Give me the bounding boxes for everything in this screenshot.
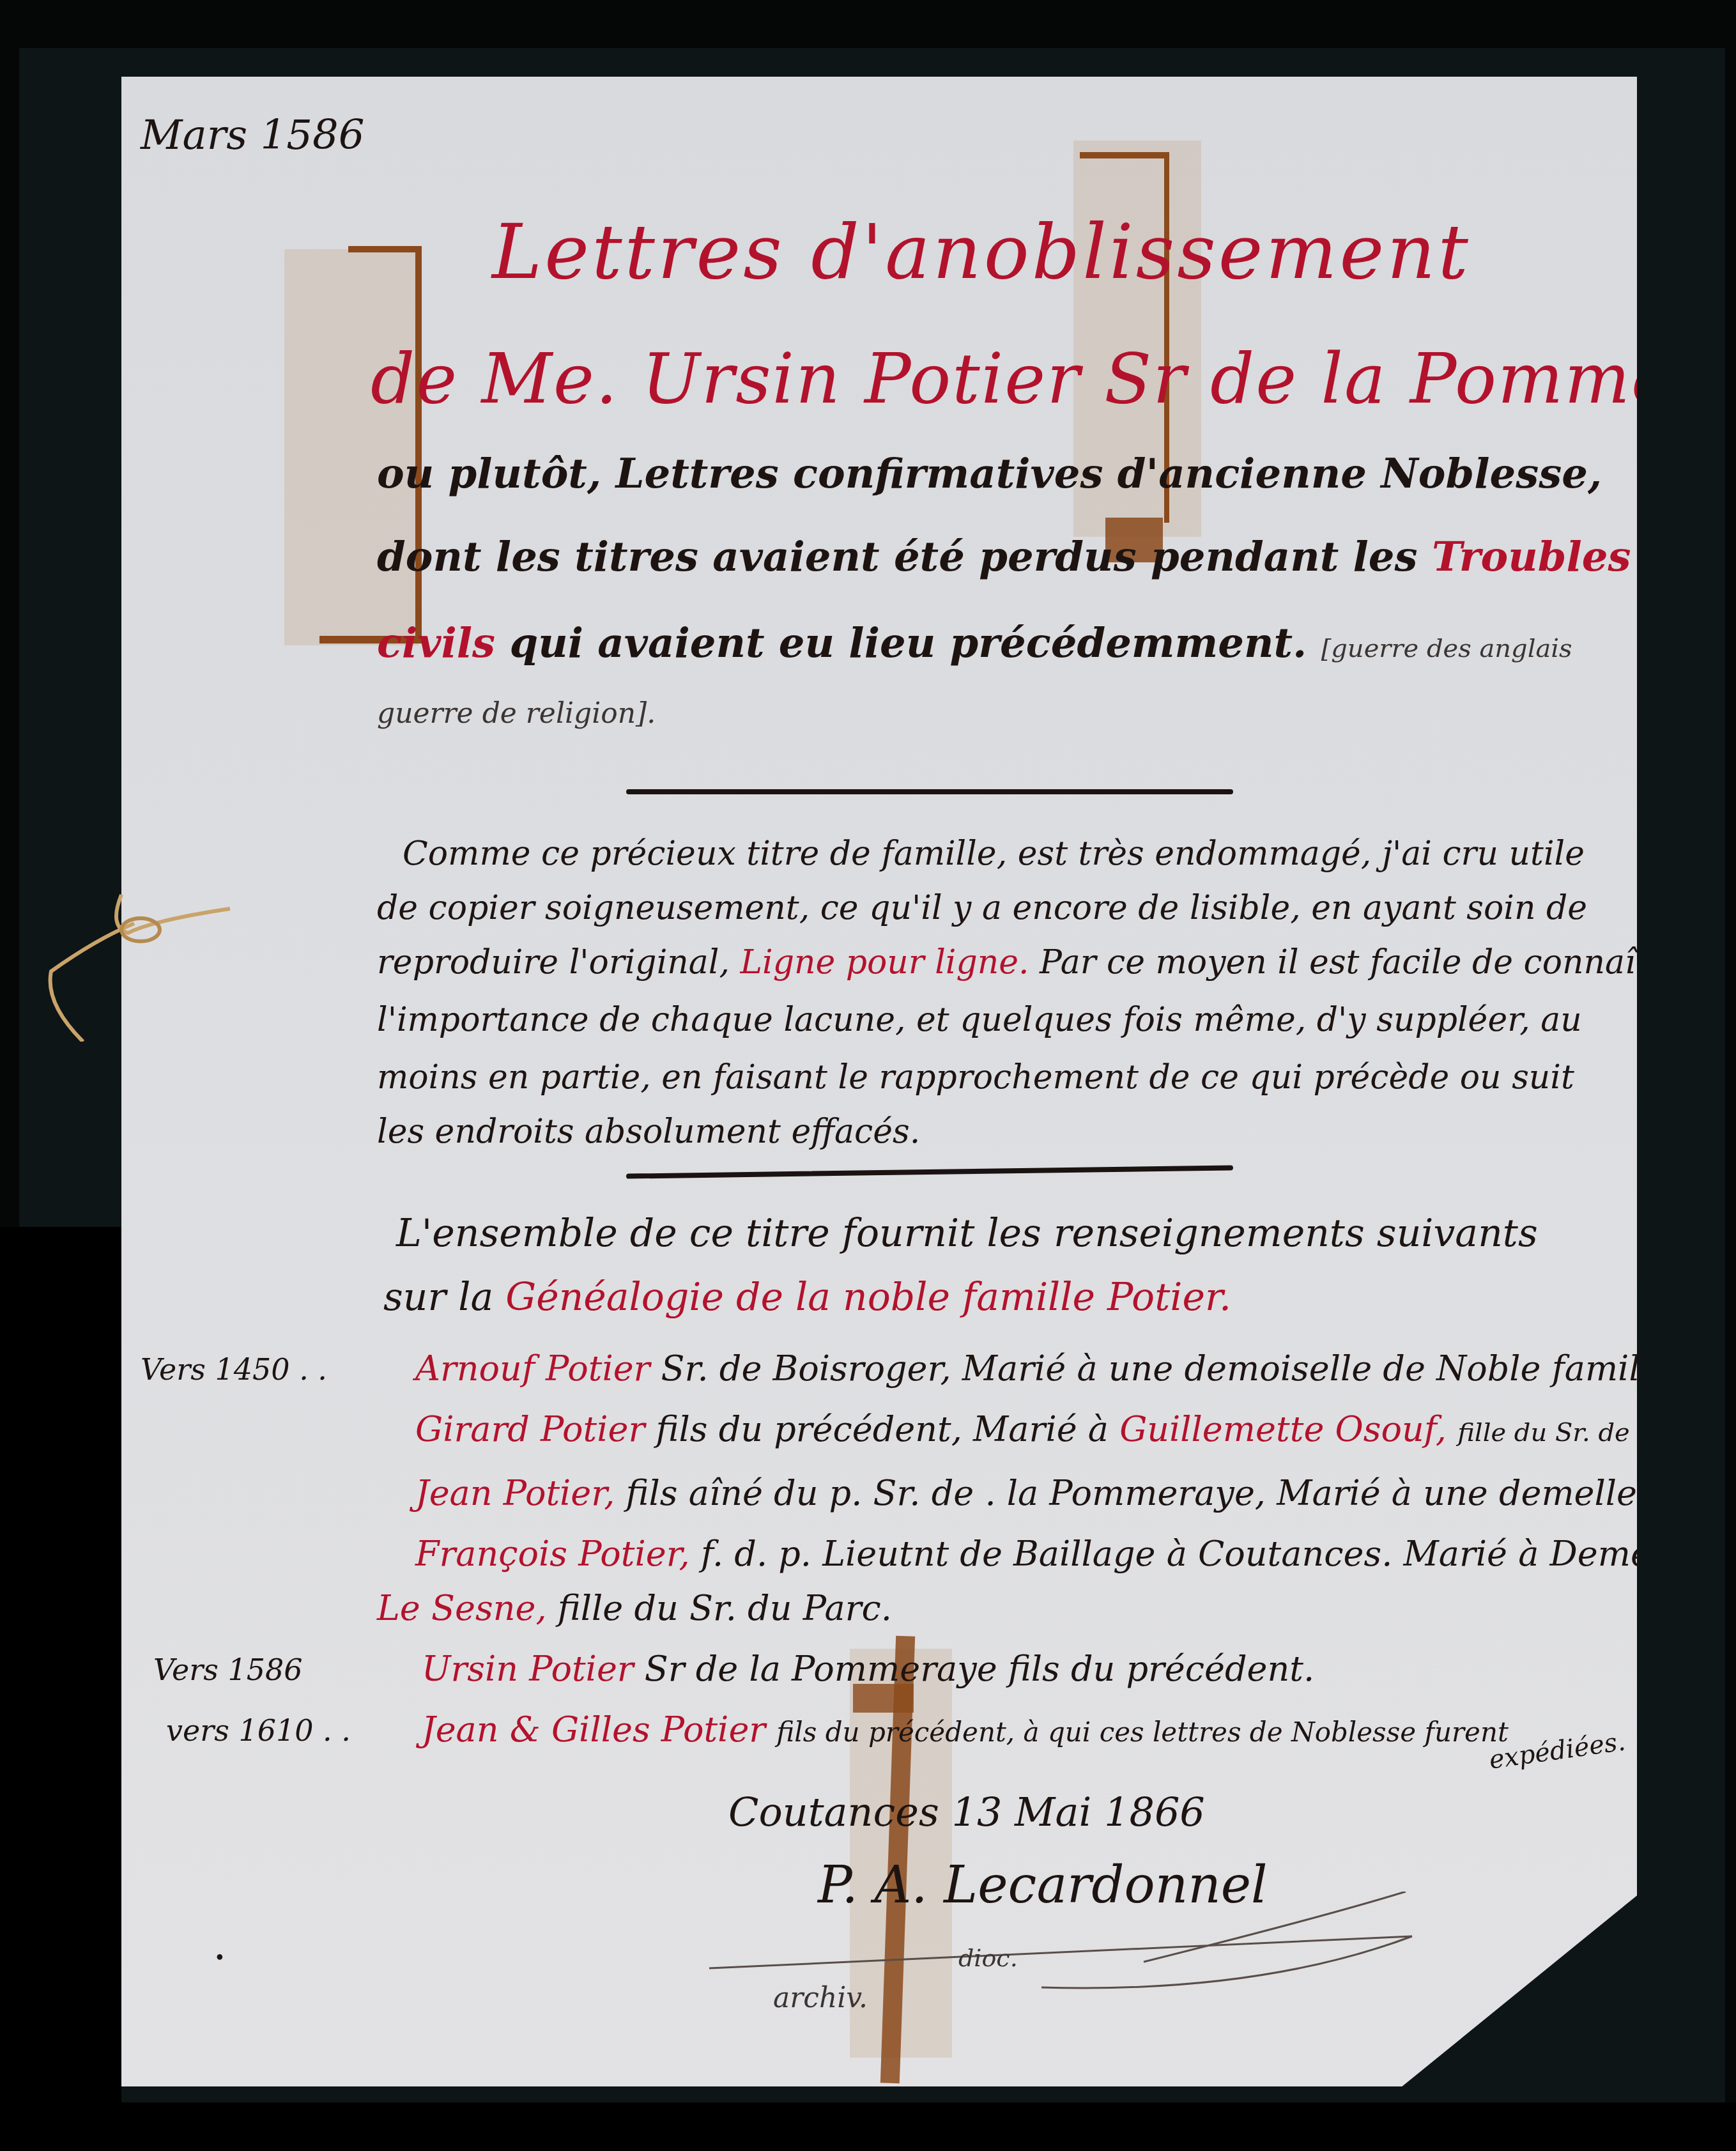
entry-date-1450: Vers 1450 . . (141, 1355, 327, 1384)
paragraph-line-3-tail: Par ce moyen il est facile de connaître (1040, 943, 1684, 982)
backdrop-left-shadow (0, 1227, 121, 2151)
subtitle-line-3-text: qui avaient eu lieu précédemment. (509, 619, 1307, 667)
entry-jean-gilles: Jean & Gilles Potier fils du précédent, … (422, 1713, 1509, 1747)
entry-ursin-name: Ursin Potier (422, 1649, 634, 1689)
entry-girard-name: Girard Potier (415, 1409, 645, 1449)
genealogy-intro-line-2: sur la Généalogie de la noble famille Po… (383, 1278, 1231, 1316)
note-guerre-religion: guerre de religion]. (377, 700, 656, 728)
title-line-1: Lettres d'anoblissement (492, 214, 1471, 289)
entry-ursin: Ursin Potier Sr de la Pommeraye fils du … (422, 1652, 1314, 1686)
paragraph-line-3-start: reproduire l'original, (377, 943, 730, 982)
place-and-date: Coutances 13 Mai 1866 (728, 1792, 1205, 1832)
ligne-pour-ligne: Ligne pour ligne. (740, 943, 1029, 982)
annotation-dioc: dioc. (958, 1946, 1018, 1970)
entry-lesesne-text: fille du Sr. du Parc. (558, 1588, 892, 1628)
paragraph-line-6: les endroits absolument effacés. (377, 1115, 920, 1148)
genealogy-intro-sur-la: sur la (383, 1275, 493, 1320)
entry-francois-name: François Potier, (415, 1534, 690, 1574)
rust-bracket-left-top (348, 246, 422, 252)
subtitle-line-2-text: dont les titres avaient été perdus penda… (377, 533, 1418, 581)
subtitle-line-3: civils qui avaient eu lieu précédemment.… (377, 623, 1572, 664)
rust-bracket-right-top (1080, 152, 1169, 158)
binding-string (38, 875, 243, 1042)
annotation-archiv: archiv. (773, 1984, 868, 2012)
genealogy-heading: Généalogie de la noble famille Potier. (505, 1275, 1231, 1320)
paragraph-line-4: l'importance de chaque lacune, et quelqu… (377, 1003, 1582, 1037)
entry-girard: Girard Potier fils du précédent, Marié à… (415, 1412, 1736, 1447)
entry-jean-gilles-text: fils du précédent, à qui ces lettres de … (776, 1716, 1509, 1748)
paragraph-line-1: Comme ce précieux titre de famille, est … (403, 837, 1585, 870)
entry-lesesne: Le Sesne, fille du Sr. du Parc. (377, 1591, 892, 1626)
paragraph-line-5: moins en partie, en faisant le rapproche… (377, 1061, 1574, 1094)
backdrop-bottom-shadow (0, 2102, 1736, 2151)
stain-left (284, 249, 419, 645)
entry-francois-text: f. d. p. Lieutnt de Baillage à Coutances… (701, 1534, 1705, 1574)
divider-top (626, 789, 1233, 794)
entry-jean: Jean Potier, fils aîné du p. Sr. de . la… (415, 1476, 1736, 1511)
entry-date-1610: vers 1610 . . (166, 1716, 351, 1745)
subtitle-line-1: ou plutôt, Lettres confirmatives d'ancie… (377, 454, 1602, 495)
paragraph-line-2: de copier soigneusement, ce qu'il y a en… (377, 891, 1587, 925)
entry-arnouf: Arnouf Potier Sr. de Boisroger, Marié à … (415, 1352, 1671, 1386)
entry-girard-text: fils du précédent, Marié à (656, 1409, 1109, 1449)
genealogy-intro-line-1: L'ensemble de ce titre fournit les rense… (396, 1214, 1538, 1253)
entry-jean-gilles-name: Jean & Gilles Potier (422, 1709, 765, 1750)
title-line-2: de Me. Ursin Potier Sr de la Pommeraye, (371, 345, 1736, 414)
entry-arnouf-name: Arnouf Potier (415, 1348, 650, 1389)
subtitle-troubles: Troubles (1432, 533, 1631, 581)
manuscript-page: Mars 1586 Lettres d'anoblissement de Me.… (121, 77, 1637, 2086)
entry-ursin-text: Sr de la Pommeraye fils du précédent. (645, 1649, 1314, 1689)
entry-jean-text: fils aîné du p. Sr. de . la Pommeraye, M… (626, 1473, 1736, 1513)
margin-date: Mars 1586 (141, 115, 364, 156)
ink-dot: • (214, 1949, 226, 1968)
note-guerre-anglais: [guerre des anglais (1321, 634, 1572, 663)
entry-lesesne-name: Le Sesne, (377, 1588, 547, 1628)
subtitle-civils: civils (377, 619, 495, 667)
entry-date-1586: Vers 1586 (153, 1655, 303, 1685)
rust-bracket-left-vert (415, 246, 422, 642)
entry-girard-spouse: Guillemette Osouf, (1119, 1409, 1447, 1449)
entry-arnouf-text: Sr. de Boisroger, Marié à une demoiselle… (661, 1348, 1671, 1389)
subtitle-line-2: dont les titres avaient été perdus penda… (377, 537, 1631, 578)
entry-jean-name: Jean Potier, (415, 1473, 615, 1513)
paragraph-line-3: reproduire l'original, Ligne pour ligne.… (377, 946, 1684, 979)
divider-bottom (626, 1165, 1233, 1178)
entry-francois: François Potier, f. d. p. Lieutnt de Bai… (415, 1537, 1736, 1571)
